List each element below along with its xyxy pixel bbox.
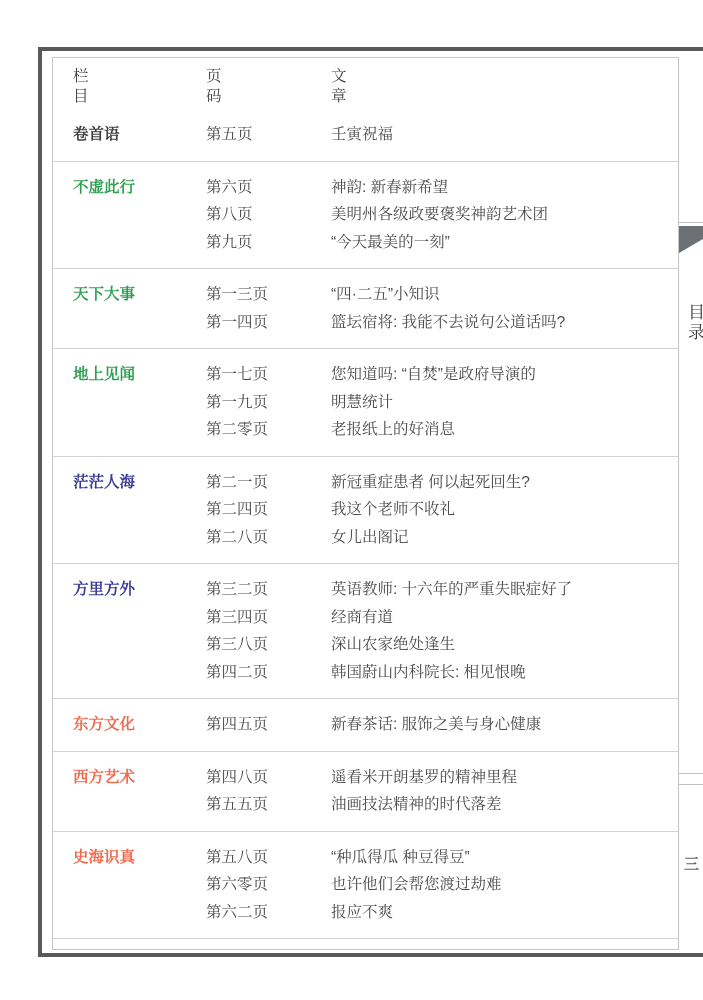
article-row: 第六四页 大学之道 (206, 947, 678, 950)
article-title-cell: “今天最美的一刻” (331, 229, 678, 257)
page-number-cell: 第三八页 (206, 631, 331, 659)
toc-section: 卷首语 第五页 壬寅祝福 (53, 109, 678, 162)
article-row: 第一四页 篮坛宿将: 我能不去说句公道话吗? (206, 309, 678, 337)
article-title-cell: 新春茶话: 服饰之美与身心健康 (331, 711, 678, 739)
section-rows: 第六四页 大学之道 (206, 947, 678, 950)
article-row: 第一三页 “四·二五”小知识 (206, 281, 678, 309)
header-col-article: 文 章 (331, 67, 678, 107)
section-title: 茫茫人海 (73, 469, 206, 552)
article-row: 第四八页 遥看米开朗基罗的精神里程 (206, 764, 678, 792)
article-row: 第二一页 新冠重症患者 何以起死回生? (206, 469, 678, 497)
toc-table: 栏 目 页 码 文 章 卷首语 第五页 壬寅祝福 不虚此行 第六页 神韵: 新春… (52, 57, 679, 950)
article-title-cell: 美明州各级政要褒奖神韵艺术团 (331, 201, 678, 229)
page-edge-line (679, 773, 703, 774)
page-number-cell: 第一九页 (206, 389, 331, 417)
section-rows: 第六页 神韵: 新春新希望 第八页 美明州各级政要褒奖神韵艺术团 第九页 “今天… (206, 174, 678, 257)
page-number-cell: 第三二页 (206, 576, 331, 604)
article-row: 第五八页 “种瓜得瓜 种豆得豆” (206, 844, 678, 872)
toc-sections: 卷首语 第五页 壬寅祝福 不虚此行 第六页 神韵: 新春新希望 第八页 美明州各… (53, 109, 678, 950)
article-row: 第二四页 我这个老师不收礼 (206, 496, 678, 524)
section-rows: 第一七页 您知道吗: “自焚”是政府导演的 第一九页 明慧统计 第二零页 老报纸… (206, 361, 678, 444)
article-row: 第三四页 经商有道 (206, 604, 678, 632)
page-number-cell: 第二四页 (206, 496, 331, 524)
article-row: 第五五页 油画技法精神的时代落差 (206, 791, 678, 819)
article-title-cell: 遥看米开朗基罗的精神里程 (331, 764, 678, 792)
page-number-cell: 第四五页 (206, 711, 331, 739)
article-row: 第六页 神韵: 新春新希望 (206, 174, 678, 202)
page-number-cell: 第五五页 (206, 791, 331, 819)
toc-section: 古今哲言 第六四页 大学之道 (53, 939, 678, 950)
article-title-cell: 深山农家绝处逢生 (331, 631, 678, 659)
page-number-cell: 第九页 (206, 229, 331, 257)
article-title-cell: 老报纸上的好消息 (331, 416, 678, 444)
section-title: 东方文化 (73, 711, 206, 739)
article-title-cell: 报应不爽 (331, 899, 678, 927)
section-title: 地上见闻 (73, 361, 206, 444)
article-row: 第五页 壬寅祝福 (206, 121, 678, 149)
section-rows: 第三二页 英语教师: 十六年的严重失眠症好了 第三四页 经商有道 第三八页 深山… (206, 576, 678, 686)
section-rows: 第一三页 “四·二五”小知识 第一四页 篮坛宿将: 我能不去说句公道话吗? (206, 281, 678, 336)
page-number-cell: 第六页 (206, 174, 331, 202)
toc-section: 地上见闻 第一七页 您知道吗: “自焚”是政府导演的 第一九页 明慧统计 第二零… (53, 349, 678, 457)
article-row: 第六零页 也许他们会帮您渡过劫难 (206, 871, 678, 899)
page-number-label: 三 (684, 853, 699, 874)
page-number-cell: 第六四页 (206, 947, 331, 950)
toc-tab-label: 目录 (682, 303, 703, 343)
article-title-cell: 女儿出阁记 (331, 524, 678, 552)
article-row: 第二零页 老报纸上的好消息 (206, 416, 678, 444)
toc-section: 天下大事 第一三页 “四·二五”小知识 第一四页 篮坛宿将: 我能不去说句公道话… (53, 269, 678, 349)
article-title-cell: 我这个老师不收礼 (331, 496, 678, 524)
toc-section: 西方艺术 第四八页 遥看米开朗基罗的精神里程 第五五页 油画技法精神的时代落差 (53, 752, 678, 832)
article-title-cell: 韩国蔚山内科院长: 相见恨晚 (331, 659, 678, 687)
article-title-cell: 大学之道 (331, 947, 678, 950)
page-number-cell: 第一七页 (206, 361, 331, 389)
toc-section: 东方文化 第四五页 新春茶话: 服饰之美与身心健康 (53, 699, 678, 752)
article-title-cell: 您知道吗: “自焚”是政府导演的 (331, 361, 678, 389)
article-title-cell: “四·二五”小知识 (331, 281, 678, 309)
toc-section: 方里方外 第三二页 英语教师: 十六年的严重失眠症好了 第三四页 经商有道 第三… (53, 564, 678, 699)
page-number-cell: 第三四页 (206, 604, 331, 632)
page-number-cell: 第四二页 (206, 659, 331, 687)
section-title: 不虚此行 (73, 174, 206, 257)
section-rows: 第四八页 遥看米开朗基罗的精神里程 第五五页 油画技法精神的时代落差 (206, 764, 678, 819)
section-rows: 第二一页 新冠重症患者 何以起死回生? 第二四页 我这个老师不收礼 第二八页 女… (206, 469, 678, 552)
toc-section: 茫茫人海 第二一页 新冠重症患者 何以起死回生? 第二四页 我这个老师不收礼 第… (53, 457, 678, 565)
page-number-cell: 第六二页 (206, 899, 331, 927)
article-row: 第一九页 明慧统计 (206, 389, 678, 417)
article-title-cell: 明慧统计 (331, 389, 678, 417)
article-title-cell: 油画技法精神的时代落差 (331, 791, 678, 819)
article-title-cell: 壬寅祝福 (331, 121, 678, 149)
page-number-cell: 第四八页 (206, 764, 331, 792)
section-rows: 第五页 壬寅祝福 (206, 121, 678, 149)
article-row: 第一七页 您知道吗: “自焚”是政府导演的 (206, 361, 678, 389)
article-row: 第八页 美明州各级政要褒奖神韵艺术团 (206, 201, 678, 229)
article-row: 第二八页 女儿出阁记 (206, 524, 678, 552)
article-title-cell: 也许他们会帮您渡过劫难 (331, 871, 678, 899)
article-row: 第六二页 报应不爽 (206, 899, 678, 927)
page-number-cell: 第八页 (206, 201, 331, 229)
page-number-cell: 第一四页 (206, 309, 331, 337)
section-rows: 第五八页 “种瓜得瓜 种豆得豆” 第六零页 也许他们会帮您渡过劫难 第六二页 报… (206, 844, 678, 927)
page-number-cell: 第一三页 (206, 281, 331, 309)
article-title-cell: 经商有道 (331, 604, 678, 632)
toc-section: 史海识真 第五八页 “种瓜得瓜 种豆得豆” 第六零页 也许他们会帮您渡过劫难 第… (53, 832, 678, 940)
toc-section: 不虚此行 第六页 神韵: 新春新希望 第八页 美明州各级政要褒奖神韵艺术团 第九… (53, 162, 678, 270)
article-row: 第三二页 英语教师: 十六年的严重失眠症好了 (206, 576, 678, 604)
page-number-cell: 第五页 (206, 121, 331, 149)
bookmark-ribbon-icon (679, 226, 703, 253)
section-title: 天下大事 (73, 281, 206, 336)
article-row: 第九页 “今天最美的一刻” (206, 229, 678, 257)
article-title-cell: 神韵: 新春新希望 (331, 174, 678, 202)
section-title: 史海识真 (73, 844, 206, 927)
page-edge-line (679, 222, 703, 223)
page-number-cell: 第五八页 (206, 844, 331, 872)
article-row: 第三八页 深山农家绝处逢生 (206, 631, 678, 659)
toc-header: 栏 目 页 码 文 章 (53, 58, 678, 109)
section-title: 西方艺术 (73, 764, 206, 819)
page-number-cell: 第二八页 (206, 524, 331, 552)
page-number-cell: 第六零页 (206, 871, 331, 899)
page-number-cell: 第二零页 (206, 416, 331, 444)
section-title: 方里方外 (73, 576, 206, 686)
header-col-section: 栏 目 (73, 67, 206, 107)
header-col-page: 页 码 (206, 67, 331, 107)
article-title-cell: 篮坛宿将: 我能不去说句公道话吗? (331, 309, 678, 337)
article-row: 第四五页 新春茶话: 服饰之美与身心健康 (206, 711, 678, 739)
article-row: 第四二页 韩国蔚山内科院长: 相见恨晚 (206, 659, 678, 687)
article-title-cell: 新冠重症患者 何以起死回生? (331, 469, 678, 497)
section-title: 卷首语 (73, 121, 206, 149)
page-number-cell: 第二一页 (206, 469, 331, 497)
section-rows: 第四五页 新春茶话: 服饰之美与身心健康 (206, 711, 678, 739)
article-title-cell: 英语教师: 十六年的严重失眠症好了 (331, 576, 678, 604)
section-title: 古今哲言 (73, 947, 206, 950)
page-edge-line (679, 784, 703, 785)
article-title-cell: “种瓜得瓜 种豆得豆” (331, 844, 678, 872)
